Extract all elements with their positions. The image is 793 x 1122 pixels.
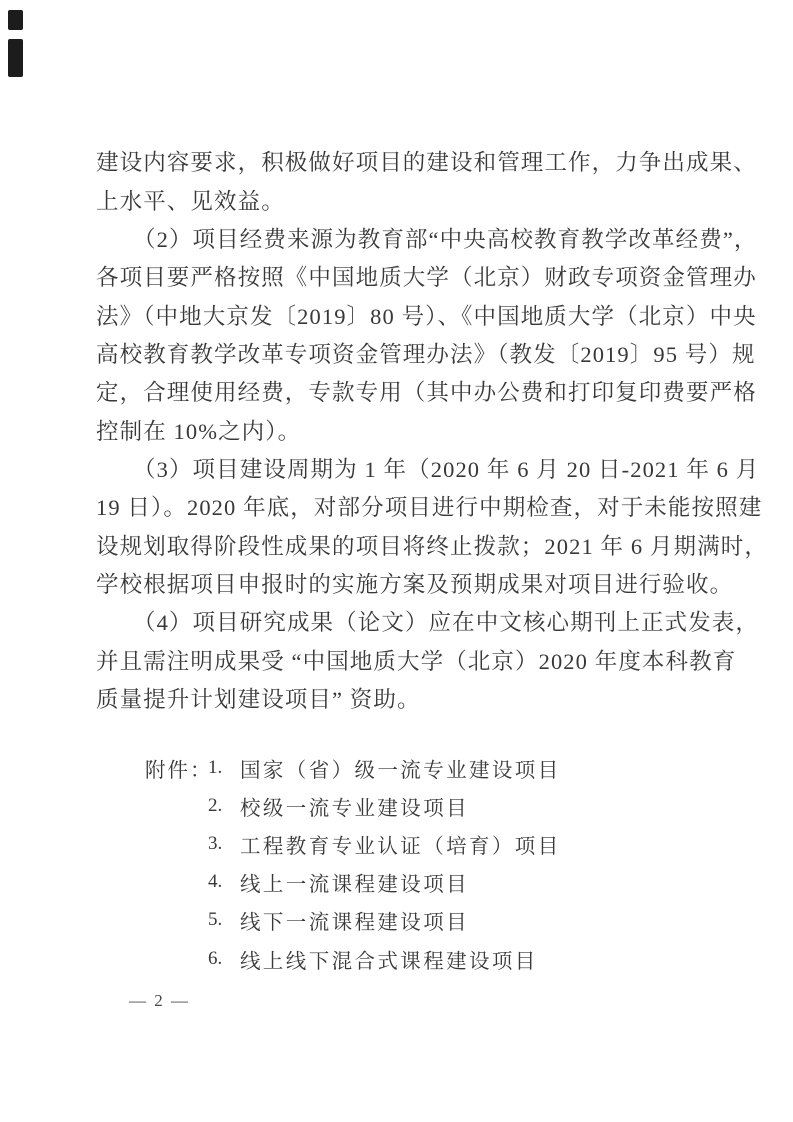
- attachment-item: 附件：1.国家（省）级一流专业建设项目: [96, 749, 696, 787]
- text-line: 质量提升计划建设项目” 资助。: [96, 679, 736, 717]
- document-body: 建设内容要求，积极做好项目的建设和管理工作，力争出成果、 上水平、见效益。 （2…: [96, 142, 736, 717]
- attachment-item-text: 线上一流课程建设项目: [240, 867, 469, 897]
- text-line: 并且需注明成果受 “中国地质大学（北京）2020 年度本科教育: [96, 640, 736, 678]
- attachment-item: 6.线上线下混合式课程建设项目: [96, 939, 696, 977]
- text-line: 控制在 10%之内）。: [96, 410, 736, 448]
- text-line: 各项目要严格按照《中国地质大学（北京）财政专项资金管理办: [96, 257, 736, 295]
- attachment-item: 5.线下一流课程建设项目: [96, 901, 696, 939]
- text-line: 高校教育教学改革专项资金管理办法》（教发〔2019〕95 号）规: [96, 334, 736, 372]
- scanned-document-page: 建设内容要求，积极做好项目的建设和管理工作，力争出成果、 上水平、见效益。 （2…: [0, 0, 793, 1122]
- text-line: 上水平、见效益。: [96, 180, 736, 218]
- attachment-item-number: 3.: [208, 833, 240, 855]
- attachment-item-text: 国家（省）级一流专业建设项目: [240, 753, 561, 783]
- attachment-item-number: 2.: [208, 795, 240, 817]
- scan-artifact-mark-bottom: [8, 39, 23, 77]
- page-number: — 2 —: [129, 991, 190, 1011]
- text-line-paragraph-4-start: （4）项目研究成果（论文）应在中文核心期刊上正式发表，: [96, 602, 736, 640]
- attachment-item-text: 工程教育专业认证（培育）项目: [240, 829, 561, 859]
- attachment-label: 附件：: [145, 753, 208, 783]
- text-line: 法》（中地大京发〔2019〕80 号）、《中国地质大学（北京）中央: [96, 295, 736, 333]
- text-line: 19 日）。2020 年底，对部分项目进行中期检查，对于未能按照建: [96, 487, 736, 525]
- attachment-item-number: 5.: [208, 909, 240, 931]
- text-line: 建设内容要求，积极做好项目的建设和管理工作，力争出成果、: [96, 142, 736, 180]
- text-line: 学校根据项目申报时的实施方案及预期成果对项目进行验收。: [96, 564, 736, 602]
- attachment-item-text: 线下一流课程建设项目: [240, 905, 469, 935]
- attachment-item-text: 校级一流专业建设项目: [240, 791, 469, 821]
- attachment-item: 2.校级一流专业建设项目: [96, 787, 696, 825]
- attachment-item-number: 1.: [208, 757, 240, 779]
- attachment-item: 3.工程教育专业认证（培育）项目: [96, 825, 696, 863]
- attachment-section: 附件：1.国家（省）级一流专业建设项目 2.校级一流专业建设项目 3.工程教育专…: [96, 749, 696, 978]
- text-line: 设规划取得阶段性成果的项目将终止拨款；2021 年 6 月期满时，: [96, 525, 736, 563]
- attachment-item: 4.线上一流课程建设项目: [96, 863, 696, 901]
- text-line: 定，合理使用经费，专款专用（其中办公费和打印复印费要严格: [96, 372, 736, 410]
- text-line-paragraph-3-start: （3）项目建设周期为 1 年（2020 年 6 月 20 日-2021 年 6 …: [96, 449, 736, 487]
- attachment-item-number: 6.: [208, 948, 240, 970]
- attachment-item-text: 线上线下混合式课程建设项目: [240, 944, 538, 974]
- scan-artifact-mark-top: [8, 10, 23, 30]
- attachment-item-number: 4.: [208, 871, 240, 893]
- text-line-paragraph-2-start: （2）项目经费来源为教育部“中央高校教育教学改革经费”，: [96, 219, 736, 257]
